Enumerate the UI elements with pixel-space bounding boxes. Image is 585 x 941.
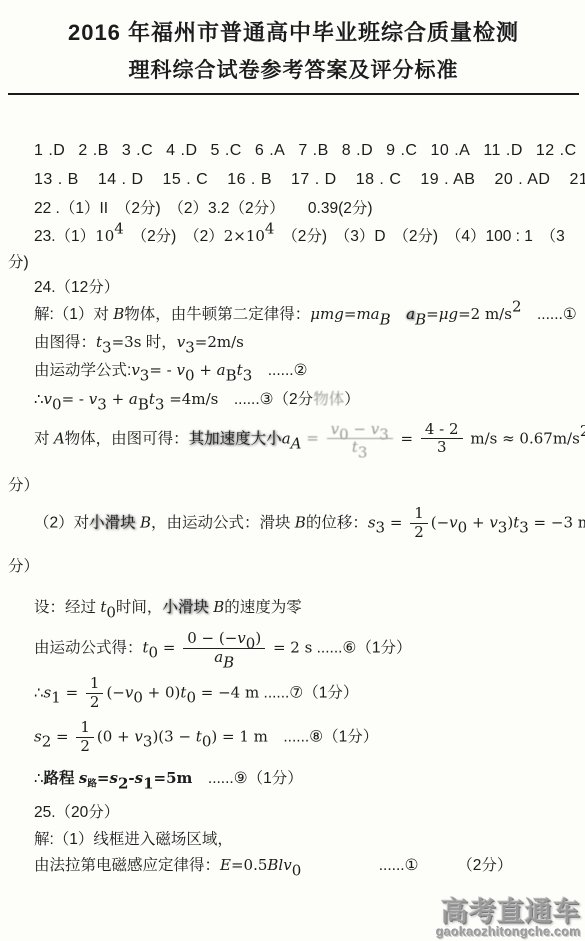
text-segment: 0 − (−: [187, 629, 237, 647]
fraction-denominator: 2: [86, 694, 104, 712]
text-segment: v: [44, 390, 52, 408]
page-subtitle: 理科综合试卷参考答案及评分标准: [8, 58, 579, 83]
text-segment: B: [113, 305, 124, 323]
text-segment: 分): [8, 254, 29, 271]
mc-answers-row-1: 1 .D2 .B3 .C4 .D5 .C6 .A7 .B8 .D9 .C10 .…: [8, 141, 579, 161]
text-segment: 4: [114, 219, 124, 237]
q24-solution-line-1: 解:（1）对 B物体，由牛顿第二定律得：μmg=maB aB=μg=2 m/s2…: [8, 303, 579, 326]
fraction-numerator: v0 − v3: [327, 421, 393, 440]
text-segment: E: [220, 856, 231, 874]
text-segment: 小滑块: [89, 515, 136, 532]
mc-answer: 15 . C: [163, 170, 209, 190]
text-segment: 分）: [8, 477, 39, 494]
text-segment: ∴: [34, 769, 44, 787]
text-segment: 2: [90, 693, 100, 711]
text-segment: 2: [118, 774, 128, 792]
text-segment: 10: [95, 227, 114, 245]
text-segment: 小滑块: [162, 599, 209, 616]
text-segment: 0: [106, 603, 116, 621]
text-segment: 3: [376, 519, 386, 537]
fraction-numerator: 1: [76, 719, 94, 738]
answer-line-q22: 22 .（1）II （2分) （2）3.2（2分） 0.39(2分): [8, 198, 579, 220]
q24-solution-line-4: ∴v0= - v3 + aBt3 =4m/s ......③（2分物体）: [8, 388, 579, 411]
text-segment: ......① （2分）: [301, 857, 512, 874]
q24-solution-line-6: （2）对小滑块 B，由运动公式：滑块 B的位移：s3 = 12(−v0 + v3…: [8, 505, 579, 542]
text-segment: ......⑨（1分）: [192, 770, 302, 787]
mc-answers-row-2: 13 . B14 . D15 . C16 . B17 . D18 . C19 .…: [8, 170, 579, 190]
text-segment: 3: [97, 395, 107, 413]
text-segment: = 2 s: [268, 638, 312, 656]
text-segment: = -: [62, 390, 89, 408]
text-segment: v: [131, 361, 139, 379]
text-segment: 22 .（1）II （2分) （2）3.2（2分） 0.39(2分): [34, 200, 373, 217]
text-segment: a: [282, 429, 291, 447]
text-segment: =: [61, 684, 83, 702]
fraction: 4 - 23: [421, 421, 463, 458]
mc-answer: 6 .A: [255, 141, 285, 161]
text-segment: 4 - 2: [425, 420, 459, 438]
fraction: 12: [76, 719, 94, 756]
text-segment: a: [129, 390, 138, 408]
q25-solution-line-1: 解:（1）线框进入磁场区域，: [8, 829, 579, 851]
fraction: v0 − v3t3: [327, 421, 393, 458]
text-segment: 3: [498, 519, 508, 537]
text-segment: ......②: [252, 362, 307, 379]
text-segment: ma: [356, 305, 379, 323]
q24-solution-line-8: 由运动公式得：t0 = 0 − (−v0)aB = 2 s ......⑥（1分…: [8, 630, 579, 667]
text-segment: 3: [143, 733, 153, 751]
mc-answer: 14 . D: [98, 170, 144, 190]
text-segment: ): [255, 629, 261, 647]
text-segment: s: [135, 769, 143, 787]
text-segment: 对: [34, 430, 54, 447]
text-segment: 分）: [8, 558, 39, 575]
text-segment: ，由运动公式：滑块: [151, 515, 295, 532]
text-segment: = -: [149, 361, 176, 379]
text-segment: 0: [458, 519, 468, 537]
text-segment: (0 +: [97, 727, 135, 745]
text-segment: = −3 m: [529, 514, 585, 532]
text-segment: 25.（20分）: [34, 804, 119, 821]
mc-answer: 21 . ACD: [569, 170, 585, 190]
text-segment: a: [406, 305, 415, 323]
text-segment: 1: [80, 718, 90, 736]
text-segment: 3: [519, 519, 529, 537]
text-segment: 1: [143, 774, 153, 792]
text-segment: 0: [246, 634, 256, 652]
text-segment: （2）对: [34, 515, 89, 532]
fraction-denominator: 2: [410, 524, 428, 542]
fraction: 12: [410, 505, 428, 542]
text-segment: 1: [90, 674, 100, 692]
text-segment: 的位移：: [306, 515, 368, 532]
text-segment: [391, 306, 407, 323]
text-segment: 3: [243, 366, 253, 384]
text-segment: ) = 1 m: [211, 727, 268, 745]
text-segment: a: [217, 361, 226, 379]
text-segment: ......①（2分）: [521, 306, 585, 323]
text-segment: B: [140, 514, 151, 532]
text-segment: ）: [344, 391, 360, 408]
text-segment: A: [54, 429, 65, 447]
text-segment: B: [295, 514, 306, 532]
q24-line-5-cont: 分）: [8, 475, 579, 497]
text-segment: +: [195, 361, 217, 379]
text-segment: −: [349, 420, 371, 438]
fraction-denominator: t3: [348, 439, 372, 457]
text-segment: s: [34, 727, 42, 745]
text-segment: v: [134, 727, 142, 745]
text-segment: 23.（1）: [34, 228, 95, 245]
text-segment: 时间，: [116, 599, 163, 616]
text-segment: 0: [149, 643, 159, 661]
text-segment: B: [223, 653, 234, 671]
text-segment: =2m/s: [195, 333, 244, 351]
text-segment: 1: [414, 504, 424, 522]
text-segment: 2: [80, 737, 90, 755]
text-segment: =: [385, 514, 407, 532]
text-segment: 0: [133, 689, 143, 707]
text-segment: s: [368, 514, 376, 532]
mc-answer: 19 . AB: [420, 170, 475, 190]
text-segment: B: [415, 310, 426, 328]
text-segment: Blv: [267, 856, 291, 874]
text-segment: 1: [51, 689, 61, 707]
text-segment: B: [226, 366, 237, 384]
fraction-numerator: 1: [410, 505, 428, 524]
text-segment: 2×10: [224, 227, 265, 245]
watermark-site-url: gaokaozhitongche.com: [436, 926, 581, 939]
watermark-brand-text: 高考直通车: [436, 898, 581, 926]
page-title: 2016 年福州市普通高中毕业班综合质量检测: [8, 20, 579, 46]
mc-answer: 13 . B: [34, 170, 79, 190]
text-segment: ......⑧（1分）: [268, 728, 378, 745]
text-segment: =: [97, 769, 110, 787]
mc-answer: 18 . C: [356, 170, 402, 190]
mc-answer: 10 .A: [430, 141, 470, 161]
answer-sheet-page: 2016 年福州市普通高中毕业班综合质量检测 理科综合试卷参考答案及评分标准 1…: [0, 0, 585, 877]
q24-solution-line-3: 由运动学公式:v3= - v0 + aBt3 ......②: [8, 359, 579, 382]
mc-answer: 9 .C: [386, 141, 417, 161]
text-segment: =4m/s: [164, 390, 218, 408]
text-segment: (−: [106, 684, 124, 702]
text-segment: v: [177, 333, 185, 351]
text-segment: 路程: [44, 770, 79, 787]
text-segment: 由运动公式得：: [34, 639, 143, 656]
text-segment: 3: [358, 444, 368, 462]
text-segment: =: [51, 727, 73, 745]
text-segment: v: [331, 420, 339, 438]
text-segment: A: [291, 434, 302, 452]
text-segment: v: [237, 629, 245, 647]
text-segment: (−: [431, 514, 449, 532]
text-segment: )(3 −: [152, 727, 195, 745]
answer-line-q23: 23.（1）104 （2分) （2）2×104 （2分) （3）D （2分) （…: [8, 225, 579, 248]
text-segment: 2: [42, 733, 52, 751]
text-segment: 24.（12分）: [34, 279, 119, 296]
mc-answer: 1 .D: [34, 141, 65, 161]
text-segment: ∴: [34, 390, 44, 408]
text-segment: 0: [185, 366, 195, 384]
text-segment: 3: [379, 425, 389, 443]
text-segment: 路: [87, 778, 97, 789]
text-segment: +: [467, 514, 489, 532]
text-segment: 0: [186, 689, 196, 707]
text-segment: 时，: [141, 334, 176, 351]
text-segment: =: [396, 429, 418, 447]
q25-solution-line-2: 由法拉第电磁感应定律得：E=0.5Blv0 ......① （2分）: [8, 854, 579, 877]
text-segment: v: [89, 390, 97, 408]
q25-heading: 25.（20分）: [8, 802, 579, 824]
text-segment: =3s: [112, 333, 142, 351]
text-segment: 3: [437, 438, 447, 456]
q24-solution-line-5: 对 A物体，由图可得：其加速度大小aA = v0 − v3t3 = 4 - 23…: [8, 421, 579, 458]
text-segment: =0.5: [231, 856, 267, 874]
mc-answer: 8 .D: [342, 141, 373, 161]
q24-line-6-cont: 分）: [8, 556, 579, 578]
mc-answer: 17 . D: [291, 170, 337, 190]
text-segment: 解:（1）对: [34, 306, 113, 323]
text-segment: =: [301, 429, 323, 447]
watermark: 高考直通车 gaokaozhitongche.com: [436, 898, 581, 939]
text-segment: （2分) （3）D （2分) （4）100 : 1 （3: [274, 228, 564, 245]
text-segment: v: [371, 420, 379, 438]
fraction-denominator: 2: [76, 738, 94, 756]
q24-solution-line-7: 设：经过 t0时间，小滑块 B的速度为零: [8, 596, 579, 619]
text-segment: 物体: [313, 391, 344, 408]
fraction-denominator: aB: [210, 649, 238, 667]
text-segment: 3: [185, 338, 195, 356]
text-segment: =: [426, 305, 439, 323]
mc-answer: 4 .D: [166, 141, 197, 161]
mc-answer: 5 .C: [211, 141, 242, 161]
fraction: 0 − (−v0)aB: [183, 630, 265, 667]
text-segment: 0: [202, 733, 212, 751]
fraction-numerator: 1: [86, 675, 104, 694]
text-segment: v: [449, 514, 457, 532]
text-segment: =5m: [154, 769, 193, 787]
text-segment: 0: [52, 395, 62, 413]
fraction: 12: [86, 675, 104, 712]
fraction-denominator: 3: [433, 439, 451, 457]
text-segment: = −4 m: [196, 684, 259, 702]
text-segment: 0: [292, 861, 302, 879]
text-segment: m/s ≈ 0.67m/s: [466, 429, 580, 447]
text-segment: =: [158, 638, 180, 656]
text-segment: 其加速度大小: [189, 430, 282, 447]
text-segment: B: [138, 395, 149, 413]
text-segment: μmg: [310, 305, 344, 323]
text-segment: ......⑦（1分）: [259, 685, 358, 702]
text-segment: 3: [102, 338, 112, 356]
text-segment: （2分) （2）: [124, 228, 224, 245]
text-segment: μg: [439, 305, 458, 323]
text-segment: + 0): [143, 684, 181, 702]
text-segment: v: [177, 361, 185, 379]
q24-solution-line-11: ∴路程 s路=s2-s1=5m ......⑨（1分）: [8, 767, 579, 790]
text-segment: B: [213, 598, 224, 616]
separator-rule: [8, 93, 579, 95]
mc-answer: 3 .C: [122, 141, 153, 161]
mc-answer: 16 . B: [227, 170, 272, 190]
text-segment: 解:（1）线框进入磁场区域，: [34, 831, 233, 848]
text-segment: ......⑥（1分）: [312, 639, 411, 656]
text-segment: s: [109, 769, 117, 787]
text-segment: 由法拉第电磁感应定律得：: [34, 857, 220, 874]
text-segment: 物体，由图可得：: [65, 430, 189, 447]
text-segment: a: [214, 648, 223, 666]
q24-solution-line-10: s2 = 12(0 + v3)(3 − t0) = 1 m ......⑧（1分…: [8, 719, 579, 756]
q24-heading: 24.（12分）: [8, 277, 579, 299]
mc-answer: 2 .B: [78, 141, 108, 161]
mc-answer: 7 .B: [298, 141, 328, 161]
fraction-numerator: 0 − (−v0): [183, 630, 265, 649]
text-segment: 3: [140, 366, 150, 384]
text-segment: 2: [580, 421, 585, 439]
q24-solution-line-9: ∴s1 = 12(−v0 + 0)t0 = −4 m ......⑦（1分）: [8, 675, 579, 712]
text-segment: =: [344, 305, 357, 323]
text-segment: 2: [414, 523, 424, 541]
mc-answer: 11 .D: [483, 141, 523, 161]
text-segment: ∴: [34, 684, 44, 702]
text-segment: =2 m/s: [458, 305, 512, 323]
text-segment: 的速度为零: [224, 599, 302, 616]
text-segment: 由运动学公式:: [34, 362, 131, 379]
fraction-numerator: 4 - 2: [421, 421, 463, 440]
text-segment: 物体，由牛顿第二定律得：: [124, 306, 310, 323]
mc-answer: 12 .C: [536, 141, 577, 161]
text-segment: +: [107, 390, 129, 408]
text-segment: 设：经过: [34, 599, 100, 616]
text-segment: 由图得：: [34, 334, 96, 351]
q24-solution-line-2: 由图得：t3=3s 时，v3=2m/s: [8, 331, 579, 354]
text-segment: v: [489, 514, 497, 532]
answer-line-q23-cont: 分): [8, 252, 579, 274]
text-segment: ......③（2分: [218, 391, 313, 408]
text-segment: B: [380, 310, 391, 328]
mc-answer: 20 . AD: [494, 170, 550, 190]
